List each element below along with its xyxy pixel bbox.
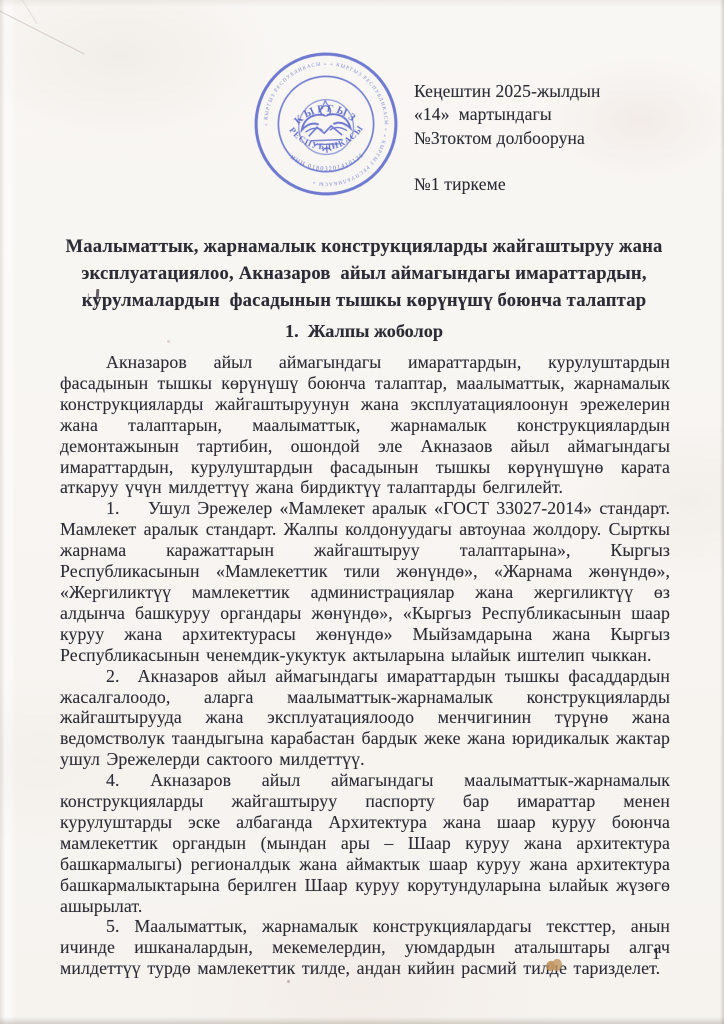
document-body: Акназаров айыл аймагындагы имараттардын,… xyxy=(60,352,670,979)
paragraph-4: 4. Акназаров айыл аймагындагы маалыматты… xyxy=(60,770,670,916)
paragraph-intro: Акназаров айыл аймагындагы имараттардын,… xyxy=(60,352,670,498)
ink-speck xyxy=(287,980,290,983)
approval-line: №3токтом долбооруна xyxy=(414,127,674,150)
scan-fold-line xyxy=(12,0,37,24)
scanned-document-page: « КЫРГЫЗ РЕСПУБЛИКАСЫ » « КЫРГЫЗ РЕСПУБЛ… xyxy=(0,0,724,1024)
approval-header: Кеңештин 2025-жылдын «14» мартындагы №3т… xyxy=(414,80,674,197)
page-number: 1 xyxy=(652,944,660,964)
scan-fold-line xyxy=(0,6,85,54)
paragraph-5: 5. Маалыматтык, жарнамалык конструкцияла… xyxy=(60,916,670,979)
approval-line: «14» мартындагы xyxy=(414,103,674,126)
official-stamp-graphic: « КЫРГЫЗ РЕСПУБЛИКАСЫ » « КЫРГЫЗ РЕСПУБЛ… xyxy=(247,45,404,202)
paragraph-1: 1. Ушул Эрежелер «Мамлекет аралык «ГОСТ … xyxy=(60,498,670,665)
document-title: Маалыматтык, жарнамалык конструкцияларды… xyxy=(58,233,670,314)
official-stamp: « КЫРГЫЗ РЕСПУБЛИКАСЫ » « КЫРГЫЗ РЕСПУБЛ… xyxy=(247,45,404,202)
stamp-outer-ring xyxy=(254,52,399,197)
attachment-number: №1 тиркеме xyxy=(414,173,674,196)
section-heading: 1. Жалпы жоболор xyxy=(58,321,670,342)
paragraph-2: 2. Акназаров айыл аймагындагы имараттард… xyxy=(60,666,670,771)
approval-line: Кеңештин 2025-жылдын xyxy=(414,80,674,103)
